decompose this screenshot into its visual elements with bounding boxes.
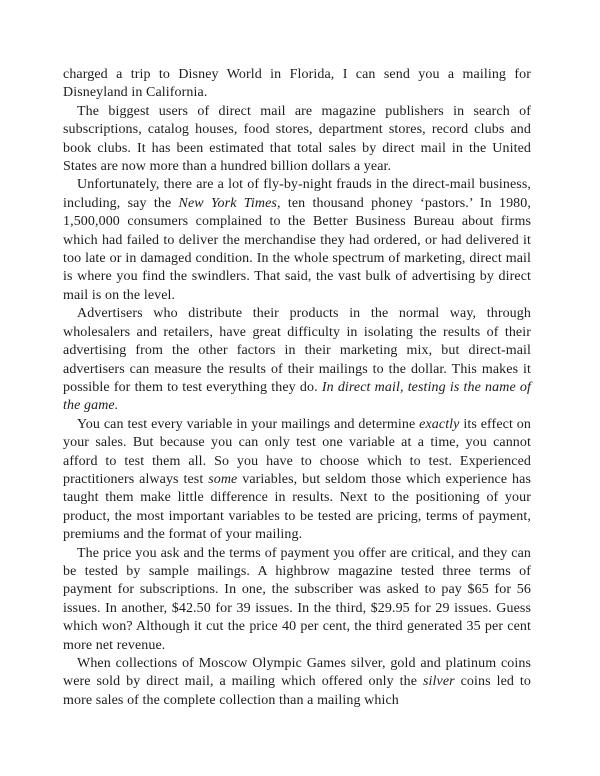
paragraph: You can test every variable in your mail… — [63, 416, 531, 545]
text-run: The price you ask and the terms of payme… — [63, 546, 531, 653]
paragraph: The biggest users of direct mail are mag… — [63, 103, 531, 177]
paragraph: The price you ask and the terms of payme… — [63, 545, 531, 655]
paragraph: Advertisers who distribute their product… — [63, 305, 531, 415]
text-run: You can test every variable in your mail… — [77, 417, 419, 432]
text-run: The biggest users of direct mail are mag… — [63, 104, 531, 174]
paragraph: charged a trip to Disney World in Florid… — [63, 66, 531, 103]
italic-text-run: silver — [423, 674, 455, 689]
italic-text-run: exactly — [419, 417, 459, 432]
italic-text-run: some — [208, 472, 237, 487]
book-page: charged a trip to Disney World in Florid… — [0, 0, 600, 776]
page-text: charged a trip to Disney World in Florid… — [63, 66, 531, 710]
text-run: charged a trip to Disney World in Florid… — [63, 67, 531, 100]
italic-text-run: New York Times — [179, 196, 277, 211]
text-run: , ten thousand phoney ‘pastors.’ In 1980… — [63, 196, 531, 303]
paragraph: When collections of Moscow Olympic Games… — [63, 655, 531, 710]
paragraph: Unfortunately, there are a lot of fly-by… — [63, 176, 531, 305]
